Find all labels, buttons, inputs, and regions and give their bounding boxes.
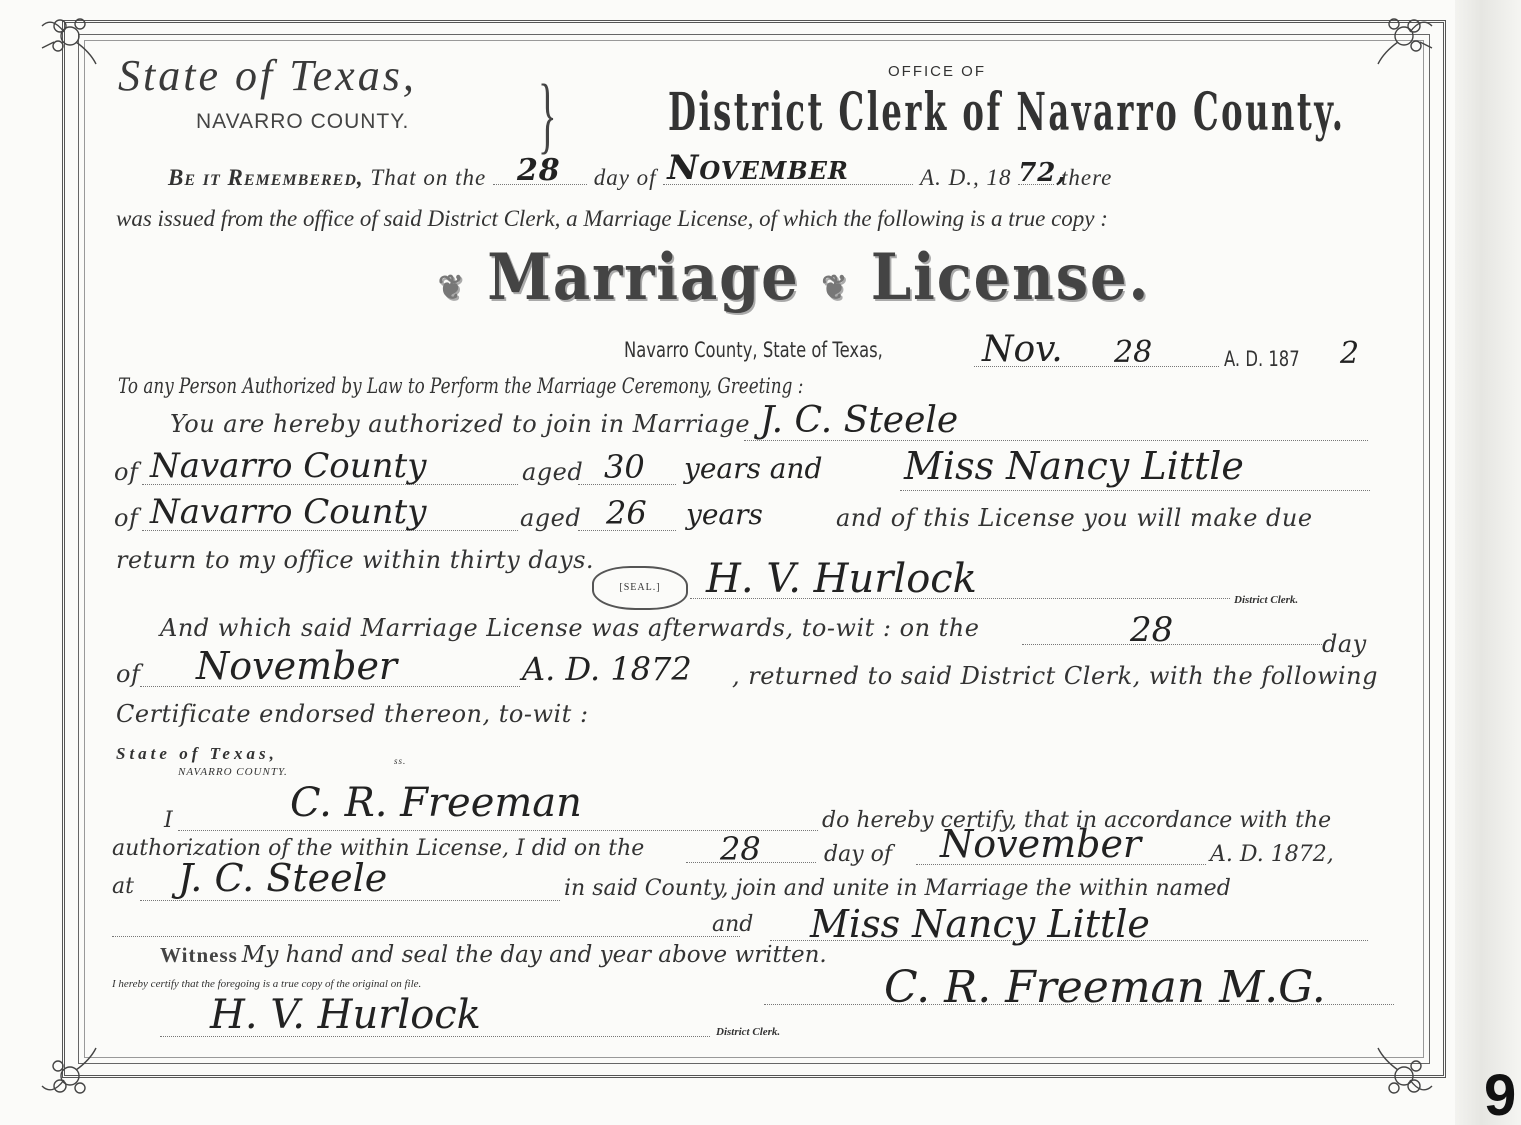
witness-line: Witness My hand and seal the day and yea… [160,942,827,968]
final-clerk-signature: H. V. Hurlock [210,992,481,1038]
witness-text: My hand and seal the day and year above … [242,942,827,968]
license-date-line: Navarro County, State of Texas, [624,338,956,362]
return-within-text: return to my office within thirty days. [116,546,594,574]
authorized-text: You are hereby authorized to join in Mar… [170,410,750,438]
return-day-value: 28 [1130,610,1173,650]
page-number: 9 [1484,1062,1516,1125]
cert-groom-dotline [112,936,740,937]
brace-bracket: } [538,64,557,164]
floral-corner-top-left-icon [34,2,106,74]
county-subtitle: NAVARRO COUNTY. [196,110,409,134]
cert-bride-value: Miss Nancy Little [810,902,1150,946]
return-day-label: day [1322,630,1367,658]
floral-corner-bottom-left-icon [34,1038,106,1110]
scanner-page-edge [1455,0,1521,1125]
aged-label-2: aged [520,504,581,532]
years-label-2: years [686,498,763,531]
remembered-month-value: November [667,148,849,188]
groom-age-value: 30 [604,448,645,486]
cert-and-label: and [712,912,753,937]
bride-county-value: Navarro County [150,492,426,532]
be-it-remembered-lead: Be it Remembered, [168,165,364,190]
ornament-middle-icon: ❦ [821,268,848,308]
cert-place-dotline [140,900,560,901]
officiant-name-value: C. R. Freeman [290,780,582,826]
license-place-text: Navarro County, State of Texas, [624,338,883,362]
remembered-text-3: A. D., 18 [920,165,1011,190]
remembered-text-2: day of [594,165,657,190]
return-text-3: Certificate endorsed thereon, to-wit : [116,700,589,728]
return-text-2: , returned to said District Clerk, with … [732,662,1378,690]
cert-day-of-label: day of [824,842,892,867]
remembered-year-value: 72, [1018,158,1066,188]
officiant-signature: C. R. Freeman M.G. [884,962,1326,1013]
floral-corner-bottom-right-icon [1368,1038,1440,1110]
license-year-digit: 2 [1340,336,1359,371]
bride-name-value: Miss Nancy Little [904,444,1244,488]
office-of-label: OFFICE OF [888,63,986,80]
of-label-1: of [114,458,138,486]
certificate-county-label: NAVARRO COUNTY. [178,766,288,778]
remembered-year-field: 72, [1018,184,1054,185]
district-clerk-title: District Clerk of Navarro County. [668,82,1346,143]
and-license-text: and of this License you will make due [836,504,1313,532]
remembered-month-field: November [663,184,913,185]
certificate-state-heading: State of Texas, [116,744,278,764]
cert-place-value: J. C. Steele [178,856,387,900]
bride-age-value: 26 [606,494,647,532]
license-ad-year: A. D. 187 [1224,347,1300,371]
aged-label-1: aged [522,458,583,486]
remembered-text-4: there [1061,165,1112,190]
remembered-line-2: was issued from the office of said Distr… [116,206,1108,232]
cert-ad-value: A. D. 1872, [1210,842,1334,867]
license-date-field: Nov. 28 [974,340,1219,372]
license-greeting: To any Person Authorized by Law to Perfo… [118,374,803,398]
return-text-1: And which said Marriage License was afte… [160,614,979,642]
license-date-month: Nov. [982,329,1063,370]
be-it-remembered-line: Be it Remembered, That on the 28 day of … [168,165,1112,191]
license-date-dotline: Nov. 28 [974,340,1219,367]
certificate-ss-label: ss. [394,756,406,766]
floral-corner-top-right-icon [1368,2,1440,74]
clerk-label-1: District Clerk. [1234,594,1298,606]
return-of-label: of [116,660,140,688]
marriage-license-word-2: License. [871,240,1151,315]
true-copy-note: I hereby certify that the foregoing is a… [112,978,421,990]
return-month-value: November [196,644,397,688]
bride-name-dotline [900,490,1370,491]
cert-at-label: at [112,874,134,899]
seal-stamp: [SEAL.] [592,566,688,610]
final-clerk-label: District Clerk. [716,1026,780,1038]
certificate-i-label: I [164,808,173,833]
state-title: State of Texas, [118,50,417,101]
remembered-day-field: 28 [493,184,587,185]
years-and-label-1: years and [684,452,822,485]
join-unite-text: in said County, join and unite in Marria… [564,876,1231,901]
marriage-license-title: ❦ Marriage ❦ License. [438,240,1150,315]
cert-month-value: November [940,822,1141,866]
return-ad-value: A. D. 1872 [522,650,692,688]
of-label-2: of [114,504,138,532]
clerk-signature: H. V. Hurlock [706,556,977,602]
groom-county-value: Navarro County [150,446,426,486]
license-date-day: 28 [1114,335,1152,370]
cert-day-value: 28 [720,830,761,868]
ornament-left-icon: ❦ [438,268,465,308]
marriage-license-word-1: Marriage [487,240,799,315]
groom-name-value: J. C. Steele [760,400,958,441]
witness-lead: Witness [160,943,238,967]
remembered-text-1: That on the [370,165,486,190]
remembered-day-value: 28 [517,153,561,188]
